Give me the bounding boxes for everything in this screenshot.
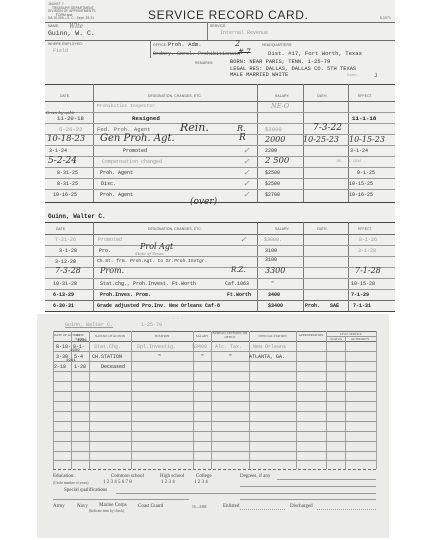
- divider: [53, 460, 376, 461]
- row-mark: R.Z.: [231, 266, 245, 274]
- row-oath: 10-25-23: [303, 135, 339, 144]
- service-record-card-back: - - - - Guinn, Walter C. 1-25-79 Date of…: [37, 314, 389, 538]
- divider: [53, 431, 376, 432]
- col-header-date: DATE.: [60, 94, 70, 98]
- col-header-designation: DESIGNATION, CHANGES, ETC.: [148, 227, 202, 231]
- office-struck-value: Ordnry. Gnrsl. Prohibitionatn: [153, 51, 240, 57]
- row-effect: 3-1-24: [350, 148, 368, 154]
- divider: [53, 371, 376, 372]
- row-salary: $2000: [265, 126, 282, 133]
- service-label: SERVICE:: [210, 24, 227, 28]
- row-designation: Proh.Inves. Prom.: [100, 292, 151, 298]
- row-handwritten: Prol Agt: [140, 242, 173, 251]
- row-salary: 3100: [265, 248, 277, 254]
- row-mark: ✓: [243, 168, 250, 177]
- divider: [45, 167, 395, 168]
- divider: [45, 178, 395, 179]
- col-header-status: Status: [327, 337, 345, 341]
- row-year-note: 1941: [66, 359, 76, 363]
- row-mark: R.: [237, 124, 246, 133]
- service-record-card-front: JACKET 7 TREASURY DEPARTMENT, DIVISION O…: [45, 0, 395, 312]
- row-effect: 7-1-29: [351, 292, 369, 298]
- divider: [53, 451, 376, 452]
- divider: [45, 245, 395, 246]
- row-nature: Deceased: [101, 364, 125, 370]
- row-effect: 7-1-31: [353, 303, 371, 309]
- army-label[interactable]: Army: [53, 504, 65, 509]
- remarks-faint-stamp: Canc.: [347, 74, 359, 78]
- common-school-label: Common school: [111, 474, 144, 479]
- remarks-line: BORN: NEAR PARIS, TENN. 1-25-79: [230, 59, 356, 66]
- form-code: 16—2368: [192, 505, 206, 509]
- row-date: 7-21-26: [55, 237, 76, 243]
- row-handwritten-note: State of Texas: [135, 251, 164, 256]
- row-date: 3-1-28: [59, 248, 77, 254]
- row-designation: Resigned: [132, 115, 160, 122]
- row-designation: Prohibition Inspector: [97, 104, 155, 109]
- special-qualifications-label: Special qualifications: [64, 488, 107, 493]
- row-extra: Ft.Worth: [227, 292, 251, 298]
- col-header-effect: EFFECT.: [358, 227, 372, 231]
- service-value: Internal Revenue: [220, 30, 268, 36]
- remarks-mark: J: [374, 72, 377, 79]
- where-employed-label: WHERE EMPLOYED:: [48, 42, 83, 46]
- row-position: Spl.Investig.: [137, 344, 176, 350]
- row-oath-extra: SAE: [330, 303, 339, 309]
- col-header-station: Official Station: [250, 334, 295, 338]
- row-designation: Ch.St. frm. Proh.Agt. to Sr.Proh.Invtgr.: [97, 259, 207, 264]
- row-date: 11-20-18: [57, 115, 84, 122]
- row-designation: Disc.: [101, 181, 116, 187]
- row-station: New Orleans: [253, 344, 286, 350]
- row-effect: 8-1-26: [359, 237, 377, 243]
- row-handwritten: Rein.: [180, 121, 209, 134]
- divider: [45, 222, 395, 223]
- col-header-bureau: Bureau, Division, or Office: [212, 332, 248, 339]
- row-salary: $3400: [192, 344, 207, 350]
- col-header-date-of-action: Date of Action: [54, 333, 71, 337]
- row-effect: 10-15-25: [349, 181, 373, 187]
- college-label: College: [196, 474, 212, 479]
- row-mark: R: [239, 133, 246, 143]
- row-salary: 2000: [265, 135, 285, 144]
- row-salary: 2200: [265, 148, 277, 154]
- office-value: Proh. Adm.: [168, 41, 202, 48]
- row-mark: ✓: [243, 146, 250, 155]
- where-employed-value: Field: [53, 48, 68, 54]
- degrees-line: [240, 486, 376, 487]
- divider: [53, 391, 376, 392]
- row-salary: $2700: [265, 192, 280, 198]
- row-position: ": [158, 354, 161, 360]
- row-year-note: 1939: [70, 349, 80, 353]
- marine-corps-label[interactable]: Marine Corps: [99, 503, 127, 508]
- row-date: 8-31-25: [57, 170, 78, 176]
- divider: [345, 336, 346, 469]
- row-nature: CH.STATION: [92, 354, 122, 360]
- divider: [45, 256, 395, 257]
- remarks-line: MALE MARRIED WHITE: [230, 72, 356, 79]
- col-header-appropriation: Appropriation: [297, 333, 325, 337]
- row-salary: 3100: [265, 257, 277, 263]
- row-designation: Promoted: [98, 237, 122, 243]
- divider: [207, 22, 208, 40]
- row-date: 6-26-22: [59, 126, 83, 133]
- divider: [53, 341, 376, 342]
- divider: [45, 300, 395, 301]
- row-salary: $2500: [265, 170, 280, 176]
- row-date-action: 8-10-: [56, 344, 71, 350]
- remarks-line: LEGAL RES: DALLAS, DALLAS CO. 5TH TEXAS: [230, 66, 356, 73]
- headquarters-struck: # 7: [238, 48, 251, 56]
- row-designation: Proh. Agent: [100, 192, 133, 198]
- divider: [150, 40, 151, 58]
- form-header-line: DA 10,000—S. C., Sept. 29-21: [48, 17, 96, 21]
- coast-guard-label[interactable]: Coast Guard: [138, 504, 163, 509]
- row-date: 3-12-28: [55, 259, 76, 265]
- row-date: 10-31-28: [53, 281, 77, 287]
- high-school-label: High school: [160, 474, 184, 479]
- divider: [45, 123, 395, 124]
- navy-label[interactable]: Navy: [77, 504, 88, 509]
- stamp: - - - -: [167, 317, 184, 321]
- divider: [45, 156, 395, 157]
- row-salary: $3400: [268, 303, 283, 309]
- over-note: (over): [190, 197, 217, 207]
- row-salary: $3000.: [264, 237, 282, 243]
- row-nature: Stat.Chg.: [94, 344, 121, 350]
- education-label: Education:: [53, 474, 75, 479]
- row-salary: 3400: [268, 292, 280, 298]
- row-designation: Pro.: [99, 248, 111, 254]
- divider: [45, 22, 395, 23]
- row-date-eod: 1-28: [74, 364, 86, 370]
- col-header-salary: SALARY.: [275, 227, 290, 231]
- row-salary: NE-O: [271, 102, 289, 110]
- headquarters-value: Dist. #17, Fort Worth, Texas: [268, 50, 362, 57]
- name-annotation: Wlte: [69, 23, 83, 30]
- row-date: 8-31-25: [57, 181, 78, 187]
- col-header-date: DATE.: [56, 227, 66, 231]
- row-date: 7-3-28: [55, 266, 81, 275]
- row-oath: 7-3-22: [313, 123, 342, 133]
- col-header-oath: OATH.: [317, 227, 328, 231]
- divider: [45, 278, 395, 279]
- divider: [53, 421, 376, 422]
- row-station: ATLANTA, GA.: [249, 354, 285, 360]
- row-year-note: 1936: [77, 339, 87, 343]
- high-school-years[interactable]: 1 2 3 4: [161, 480, 175, 485]
- divider: [53, 469, 376, 470]
- birth-date: 1-25-79: [141, 322, 162, 328]
- form-header: JACKET 7 TREASURY DEPARTMENT, DIVISION O…: [48, 3, 96, 21]
- enlisted-line: [240, 509, 285, 510]
- col-header-nature: Nature of Action: [90, 334, 130, 338]
- row-salary: 2 500: [265, 156, 289, 166]
- headquarters-label: HEADQUARTERS:: [262, 43, 292, 47]
- col-header-salary: Salary: [194, 334, 210, 338]
- divider: [53, 361, 376, 362]
- remarks: BORN: NEAR PARIS, TENN. 1-25-79 LEGAL RE…: [230, 59, 356, 79]
- row-salary: $2500: [265, 181, 280, 187]
- row-date: 10-18-23: [47, 134, 85, 144]
- row-designation: Grade adjusted Pro.Inv. New Orleans Caf-…: [97, 303, 220, 309]
- row-designation: Fed. Proh. Agent: [97, 126, 151, 133]
- divider: [45, 145, 395, 146]
- col-header-designation: DESIGNATION, CHANGES, ETC.: [148, 94, 202, 98]
- remarks-label: REMARKS:: [195, 61, 214, 65]
- name-label: NAME:: [48, 24, 59, 28]
- divider: [45, 234, 395, 235]
- row-designation: Prom.: [100, 266, 124, 275]
- row-mark: ✓: [243, 179, 250, 188]
- row-mark: ✓: [240, 235, 247, 244]
- row-date: 6-13-29: [53, 292, 74, 298]
- divider: [45, 289, 395, 290]
- divider: [240, 499, 376, 500]
- divider: [45, 40, 395, 41]
- discharged-label: Discharged: [290, 504, 313, 509]
- divider: [53, 351, 376, 352]
- divider: [53, 381, 376, 382]
- row-effect: 10-16-25: [349, 192, 373, 198]
- row-salary: ": [201, 354, 204, 360]
- col-header-salary: SALARY.: [275, 94, 290, 98]
- row-mark: ✓: [243, 157, 250, 166]
- marine-hint: (Indicate item by check): [89, 509, 124, 513]
- common-school-years[interactable]: 1 2 3 4 5 6 7 8: [103, 480, 132, 485]
- divider: [53, 411, 376, 412]
- row-bureau: ": [229, 354, 232, 360]
- divider: [45, 101, 395, 102]
- col-header-authority: Authority: [346, 337, 374, 341]
- row-effect: 10-15-23: [349, 135, 385, 144]
- office-label: OFFICE:: [153, 43, 167, 47]
- form-number: 5-1071: [380, 16, 391, 20]
- education-hint: (Circle number of years): [53, 481, 88, 485]
- row-salary: 3300: [265, 266, 285, 275]
- col-header-oath: OATH.: [317, 94, 328, 98]
- col-header-effect: EFFECT.: [358, 94, 372, 98]
- row-date: 5-2-24: [48, 156, 77, 166]
- divider: [45, 112, 395, 113]
- row-bureau: Alc. Tax.: [215, 344, 242, 350]
- row-designation: Proh. Agent: [100, 170, 133, 176]
- row-designation: Stat.chg., Proh.Invest. Ft.Worth: [100, 281, 196, 287]
- row-date: 3-1-24: [49, 148, 67, 154]
- office-annotation: 2: [235, 39, 240, 48]
- divider: [45, 84, 395, 85]
- row-effect: 11-1-18: [352, 115, 376, 122]
- divider: [53, 401, 376, 402]
- discharged-line: [317, 509, 376, 510]
- special-qualifications-line: [116, 493, 376, 494]
- row-designation: Compensation changed: [102, 159, 162, 165]
- divider: [376, 331, 377, 469]
- row-date: 10-16-25: [53, 192, 77, 198]
- row-salary: ": [271, 281, 274, 287]
- row-effect: 9-1-25: [357, 170, 375, 176]
- divider: [45, 311, 395, 312]
- divider: [45, 202, 395, 203]
- row-designation: Gen Proh. Agt.: [100, 133, 175, 144]
- continuation-name: Guinn, Walter C.: [48, 213, 106, 220]
- row-designation: Promoted: [123, 148, 147, 154]
- employee-name: Guinn, Walter C.: [65, 322, 113, 328]
- divider: [53, 499, 189, 500]
- degrees-label: Degrees, if any: [240, 474, 270, 479]
- row-extra: Caf.1063: [225, 281, 249, 287]
- employee-name: Guinn, W. C.: [48, 30, 95, 37]
- row-effect: 7-1-28: [355, 266, 381, 275]
- row-oath: Proh.: [305, 303, 320, 309]
- college-years[interactable]: 1 2 3 4: [194, 480, 208, 485]
- enlisted-label: Enlisted: [223, 504, 239, 509]
- row-effect-stamp: JUL - 1 1924: [336, 160, 361, 164]
- row-date: 6-30-31: [53, 303, 74, 309]
- divider: [45, 189, 395, 190]
- divider: [45, 267, 395, 268]
- row-date-action: 2-18: [54, 364, 66, 370]
- col-header-position: Position: [132, 334, 192, 338]
- card-title: SERVICE RECORD CARD.: [148, 8, 308, 22]
- row-mark: ✓: [243, 190, 250, 199]
- row-effect: 3-1-28: [358, 248, 376, 254]
- divider: [53, 441, 376, 442]
- divider: [45, 134, 395, 135]
- degrees-line: [277, 479, 376, 480]
- row-effect: 10-15-28: [351, 281, 375, 287]
